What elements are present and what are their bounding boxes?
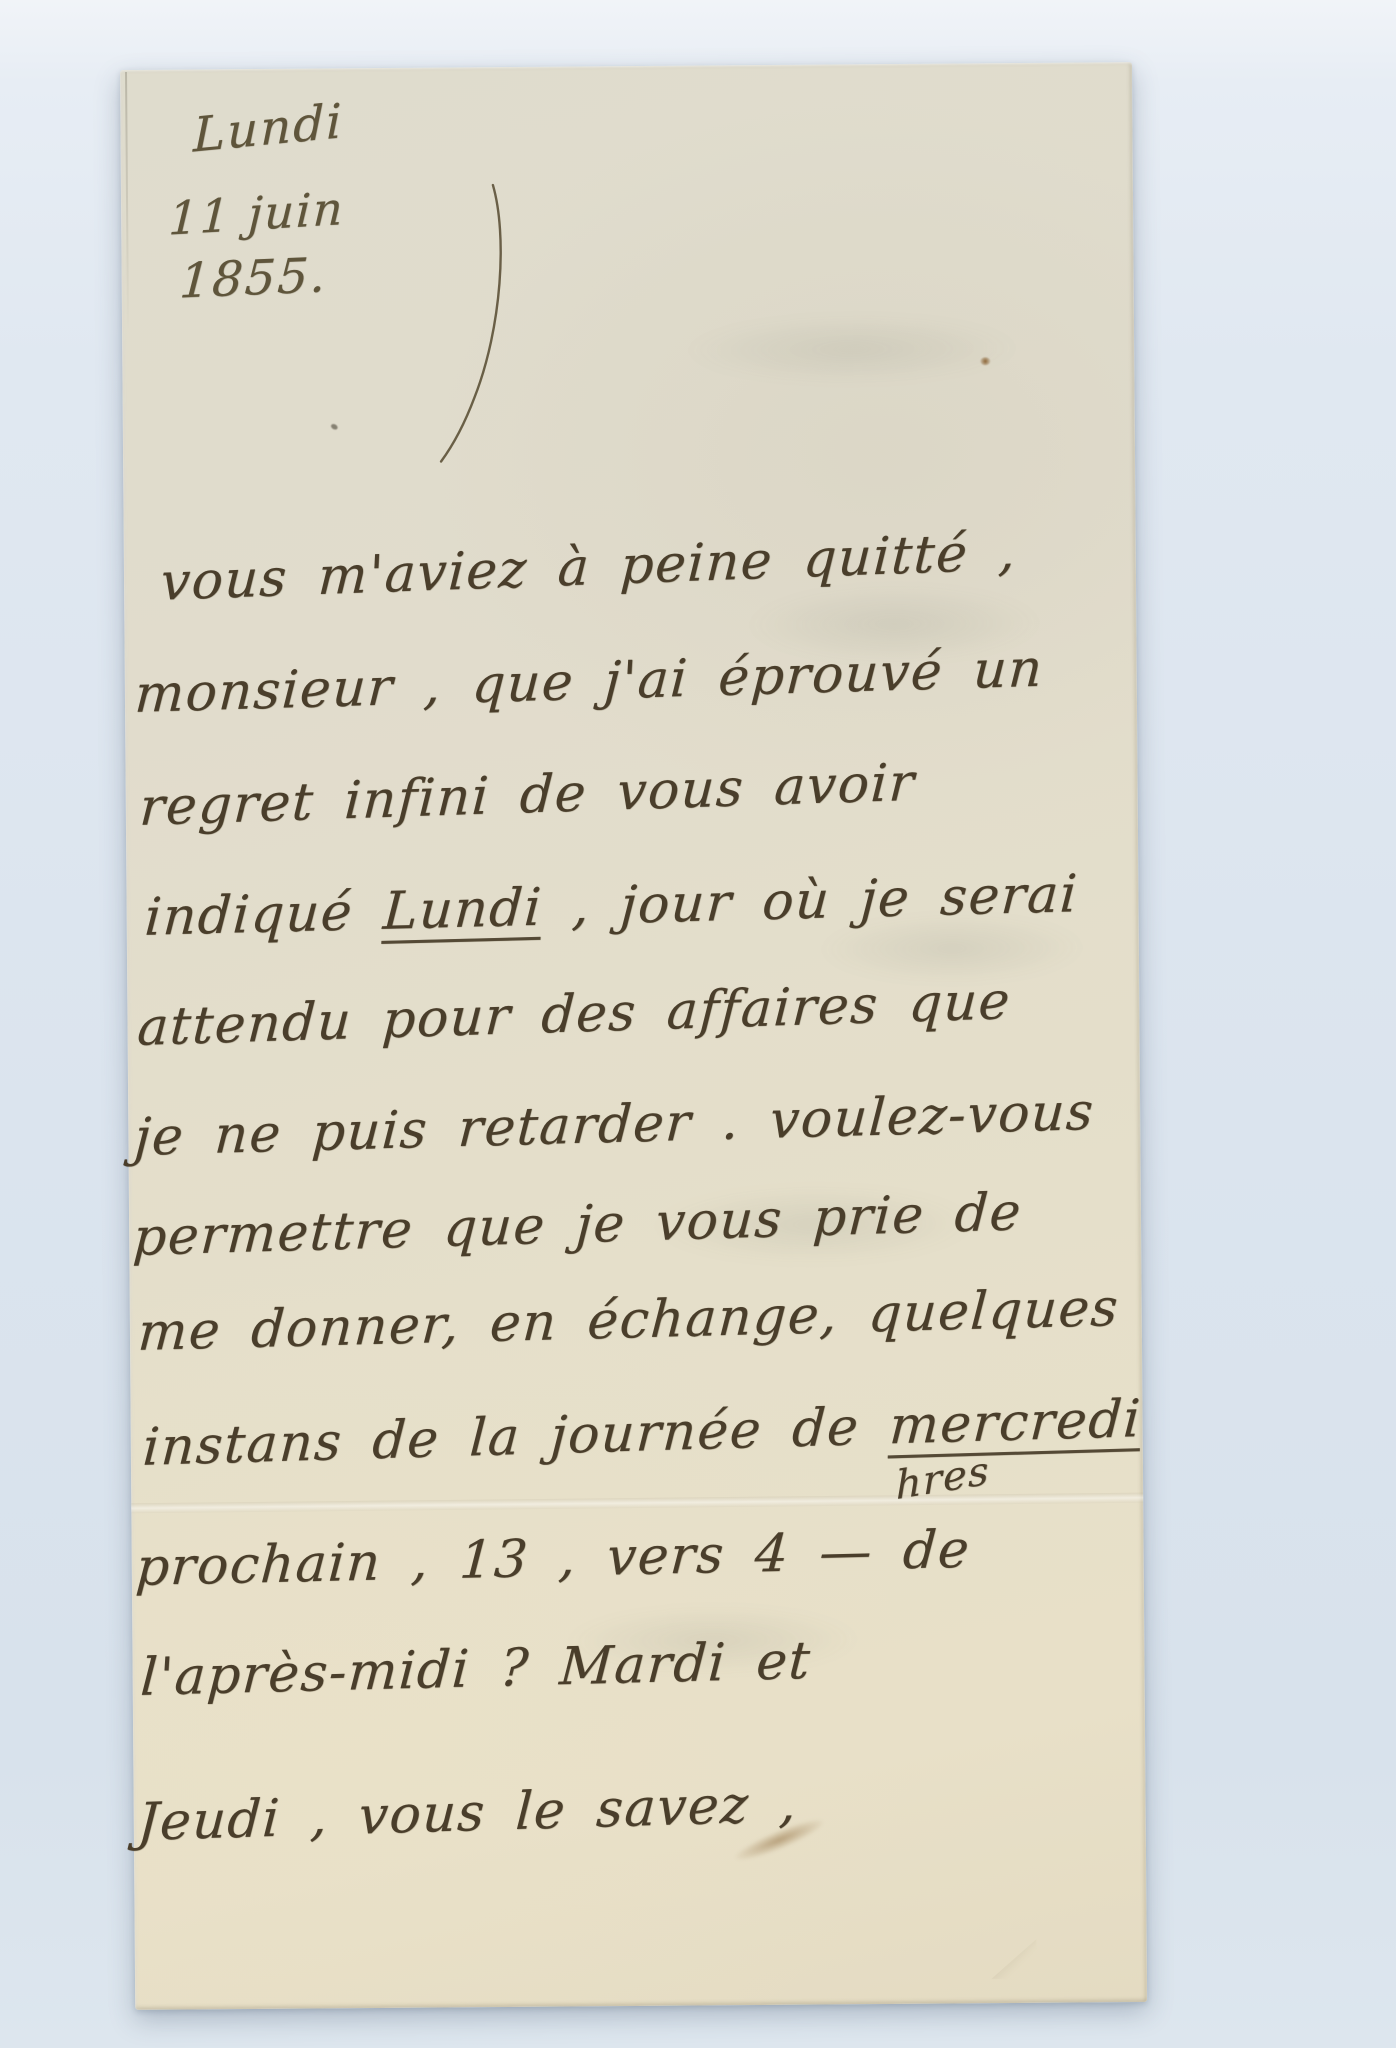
body-line: me donner, en échange, quelques bbox=[136, 1278, 1121, 1363]
pen-flourish-stroke bbox=[421, 177, 523, 468]
letter-body: vous m'aviez à peine quitté , monsieur ,… bbox=[120, 62, 1132, 70]
date-weekday: Lundi bbox=[193, 93, 344, 163]
date-year: 1855. bbox=[178, 247, 329, 309]
paper-crease bbox=[131, 1493, 1143, 1514]
body-line-segment: instans de la journée de bbox=[141, 1396, 891, 1477]
date-day-month: 11 juin bbox=[167, 181, 345, 246]
body-line: je ne puis retarder . voulez-vous bbox=[133, 1082, 1097, 1168]
letter-paper: Lundi 11 juin 1855. vous m'aviez à peine… bbox=[120, 62, 1147, 2010]
foxing-spot-dark bbox=[330, 423, 339, 431]
body-line: prochain , 13 , vers 4 — de bbox=[134, 1520, 972, 1598]
dog-ear-fold bbox=[991, 1939, 1037, 1979]
paper-edge-fold-line bbox=[125, 72, 129, 332]
body-line: l'après-midi ? Mardi et bbox=[139, 1631, 813, 1708]
body-line: instans de la journée de mercredi bbox=[141, 1389, 1143, 1478]
body-line: monsieur , que j'ai éprouvé un bbox=[133, 639, 1045, 725]
letter-photograph: Lundi 11 juin 1855. vous m'aviez à peine… bbox=[0, 0, 1396, 2048]
verso-show-through bbox=[682, 313, 1023, 386]
underlined-word-mercredi: mercredi bbox=[888, 1389, 1144, 1456]
date-block: Lundi 11 juin 1855. bbox=[120, 62, 1132, 70]
body-line: attendu pour des affaires que bbox=[136, 971, 1013, 1058]
body-line-segment: indiqué bbox=[143, 882, 385, 948]
body-line: Jeudi , vous le savez , bbox=[136, 1774, 799, 1853]
underlined-word-lundi: Lundi bbox=[381, 878, 544, 942]
body-line: regret infini de vous avoir bbox=[138, 753, 917, 838]
